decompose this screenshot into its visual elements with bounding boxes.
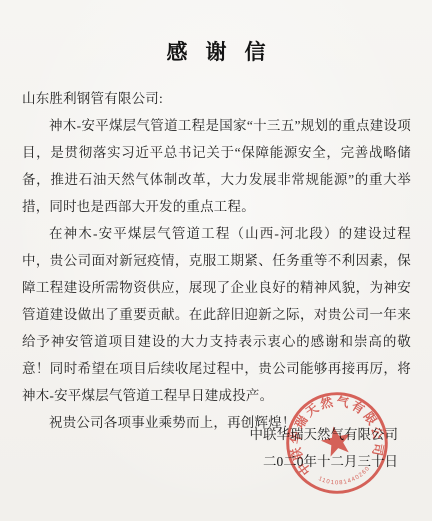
letter-title: 感谢信 bbox=[0, 0, 432, 66]
letter-body: 山东胜利钢管有限公司: 神木-安平煤层气管道工程是国家“十三五”规划的重点建设项… bbox=[0, 85, 432, 436]
signature-company: 中联华瑞天然气有限公司 bbox=[250, 421, 399, 448]
signature-block: 中联华瑞天然气有限公司 二0二0年十二月三十日 bbox=[250, 421, 399, 475]
paragraph-project-intro: 神木-安平煤层气管道工程是国家“十三五”规划的重点建设项目，是贯彻落实习近平总书… bbox=[22, 112, 411, 220]
letter-page: 感谢信 山东胜利钢管有限公司: 神木-安平煤层气管道工程是国家“十三五”规划的重… bbox=[0, 0, 432, 521]
signature-date: 二0二0年十二月三十日 bbox=[250, 448, 399, 475]
paragraph-thanks: 在神木-安平煤层气管道工程（山西-河北段）的建设过程中，贵公司面对新冠疫情，克服… bbox=[22, 220, 411, 409]
salutation: 山东胜利钢管有限公司: bbox=[22, 85, 411, 112]
